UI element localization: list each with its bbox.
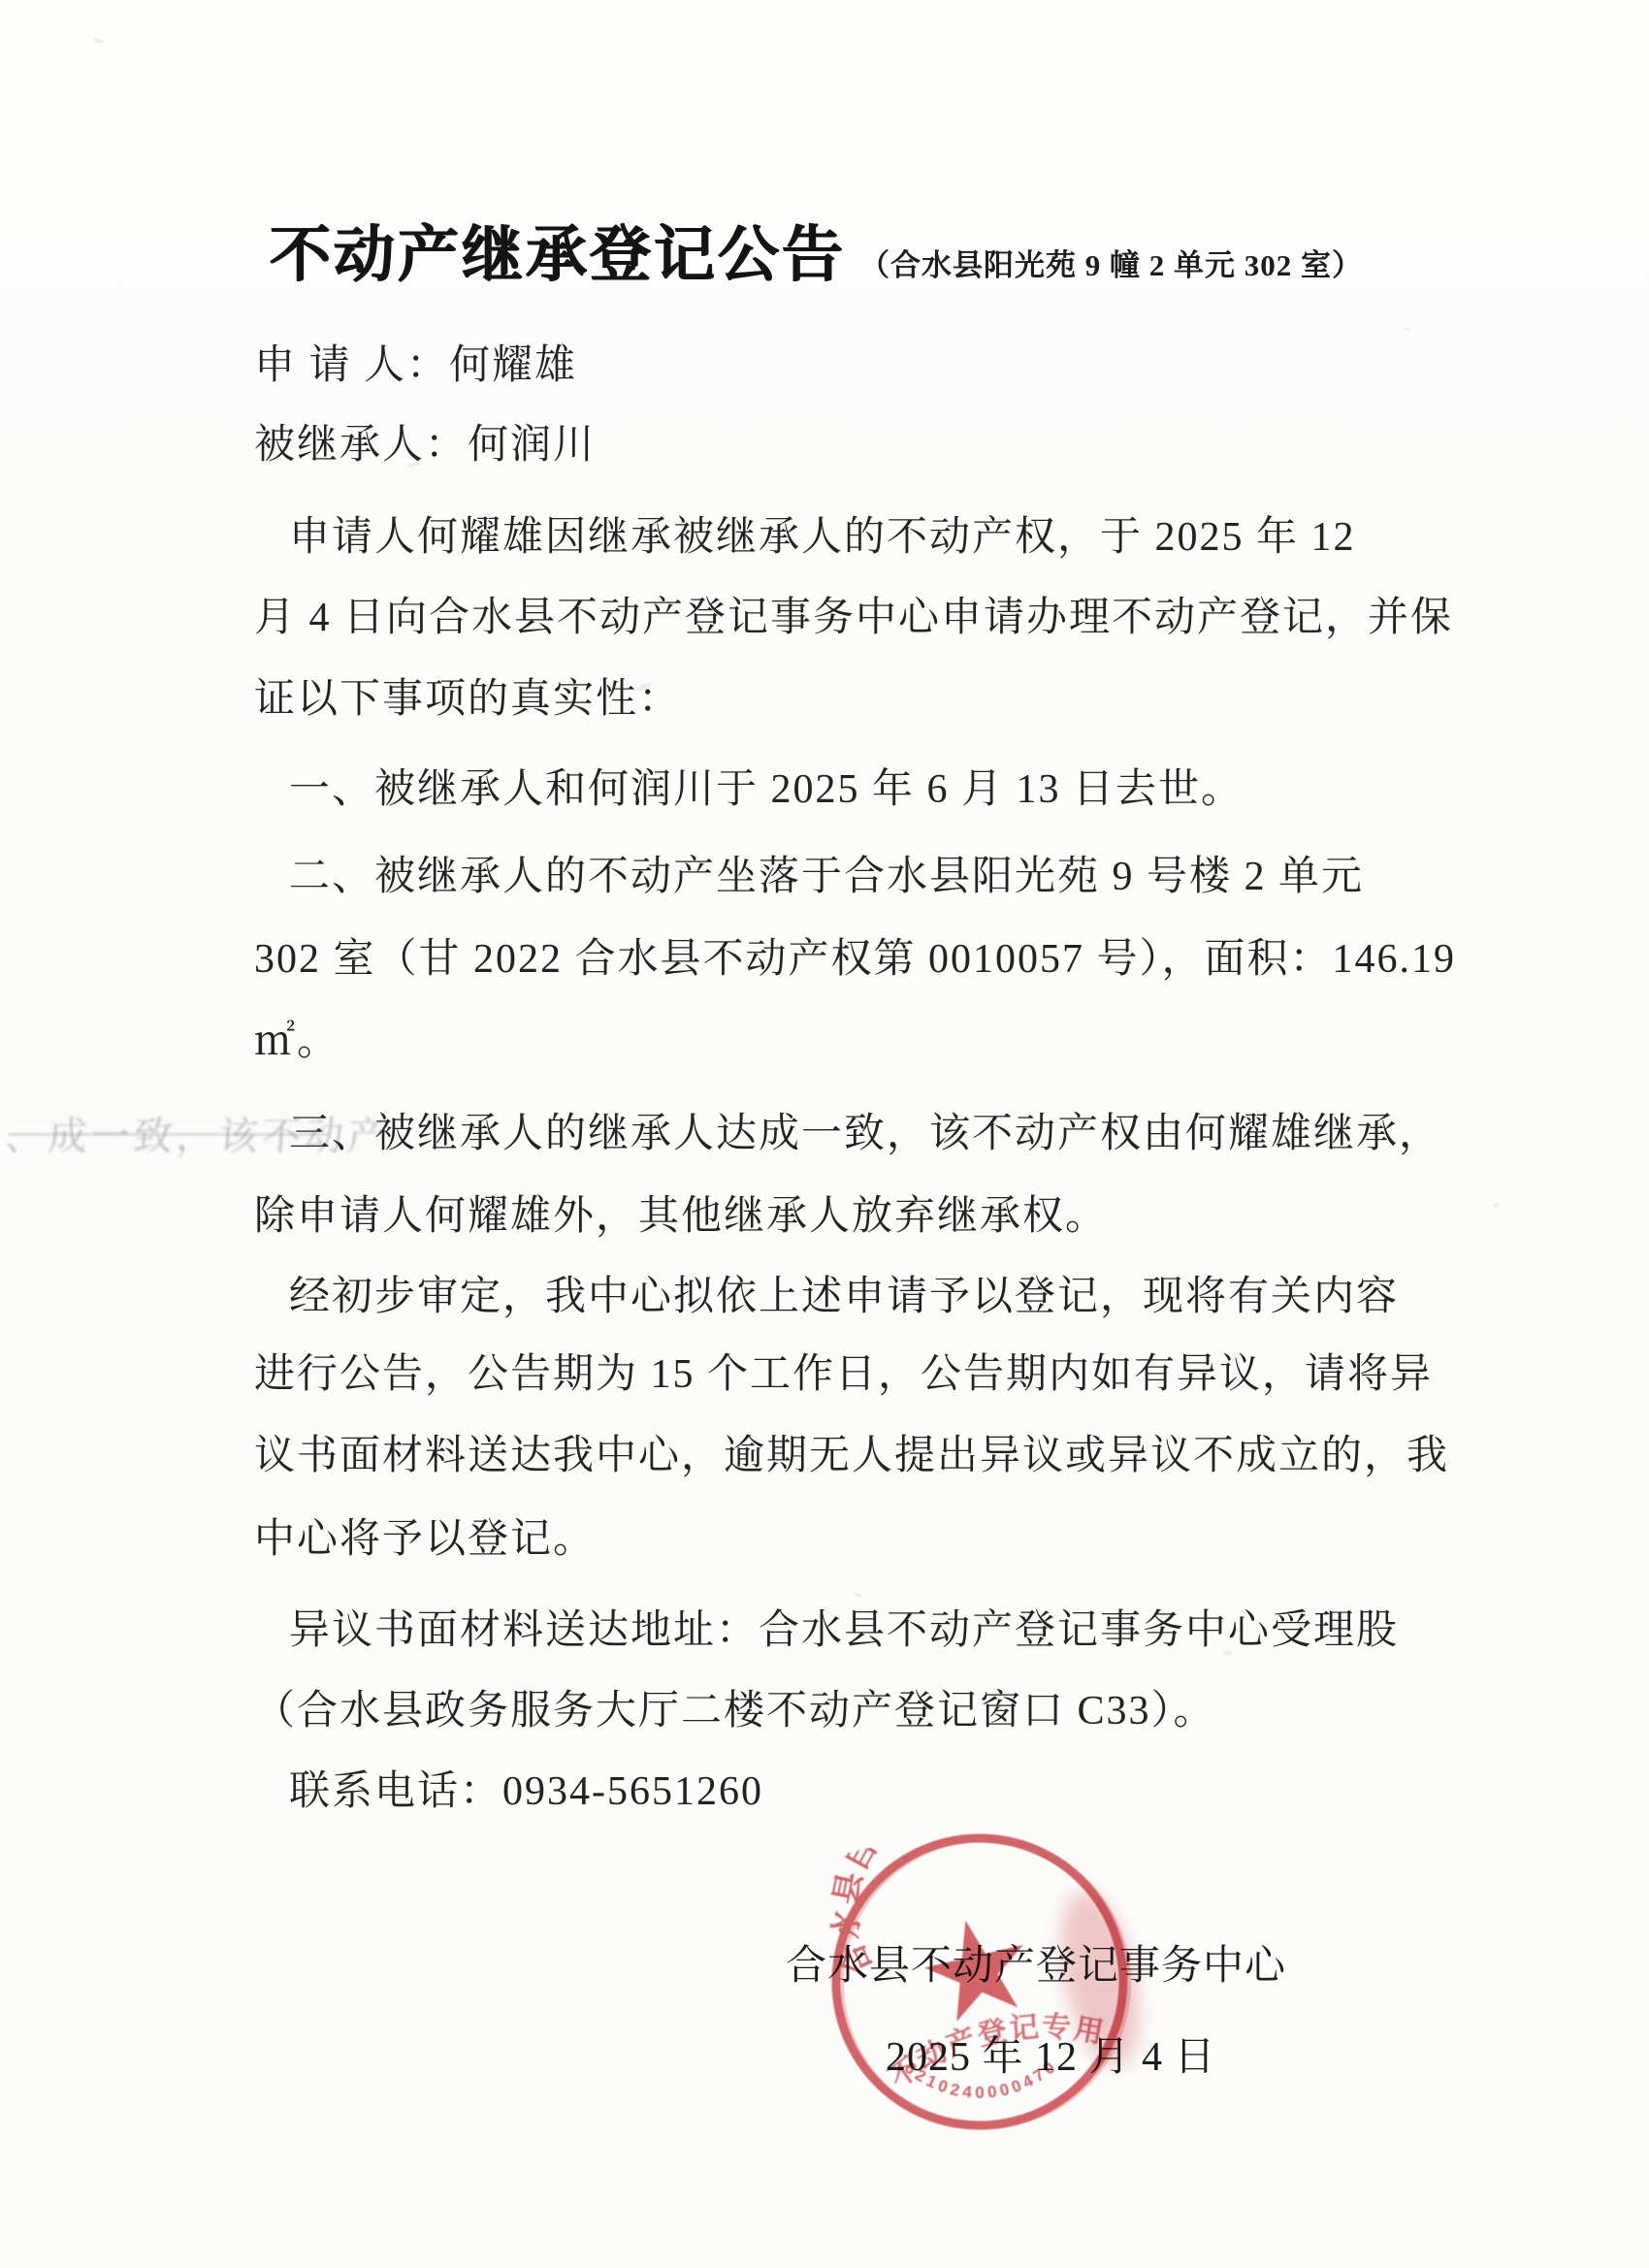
line-item-3: 除申请人何耀雄外，其他继承人放弃继承权。 <box>254 1193 1108 1240</box>
line-item-1: 一、被继承人和何润川于 2025 年 6 月 13 日去世。 <box>289 766 1244 813</box>
line-item-2: 302 室（甘 2022 合水县不动产权第 0010057 号），面积：146.… <box>254 936 1456 983</box>
document-title-note: （合水县阳光苑 9 幢 2 单元 302 室） <box>859 250 1363 286</box>
scan-speck <box>1224 1651 1232 1655</box>
scan-speck <box>93 38 105 45</box>
line-body: 经初步审定，我中心拟依上述申请予以登记，现将有关内容 <box>289 1274 1399 1320</box>
line-applicant: 申 请 人：何耀雄 <box>254 342 577 389</box>
line-body: 中心将予以登记。 <box>254 1516 596 1563</box>
line-body: 月 4 日向合水县不动产登记事务中心申请办理不动产登记，并保 <box>254 595 1453 641</box>
line-body: 进行公告，公告期为 15 个工作日，公告期内如有异议，请将异 <box>254 1351 1433 1398</box>
line-objection-address: （合水县政务服务大厅二楼不动产登记窗口 C33）。 <box>254 1688 1216 1734</box>
scan-ghost-line <box>8 1133 328 1136</box>
line-body: 申请人何耀雄因继承被继承人的不动产权，于 2025 年 12 <box>289 514 1356 561</box>
seal-star-icon <box>916 1909 1036 2025</box>
line-decedent: 被继承人：何润川 <box>254 422 596 469</box>
line-body: 证以下事项的真实性： <box>254 676 681 723</box>
document-title: 不动产继承登记公告 <box>270 225 846 286</box>
document-title-row: 不动产继承登记公告 （合水县阳光苑 9 幢 2 单元 302 室） <box>270 225 1363 286</box>
line-item-2: ㎡。 <box>254 1019 339 1065</box>
line-body: 议书面材料送达我中心，逾期无人提出异议或异议不成立的，我 <box>254 1433 1449 1479</box>
scan-speck <box>854 1591 863 1599</box>
line-contact-phone: 联系电话：0934-5651260 <box>289 1768 763 1815</box>
scanned-notice-page: 不动产继承登记公告 （合水县阳光苑 9 幢 2 单元 302 室） 申 请 人：… <box>0 0 1649 2268</box>
line-item-2: 二、被继承人的不动产坐落于合水县阳光苑 9 号楼 2 单元 <box>289 854 1364 900</box>
official-seal: 合水县自然资源局 不动产登记专用章 6210240000470 <box>793 1796 1166 2168</box>
scan-speck <box>1494 1203 1499 1208</box>
scan-speck <box>627 221 632 224</box>
scan-speck <box>1404 328 1409 331</box>
line-item-3: 三、被继承人的继承人达成一致，该不动产权由何耀雄继承， <box>289 1111 1441 1157</box>
line-objection-address: 异议书面材料送达地址：合水县不动产登记事务中心受理股 <box>289 1607 1399 1654</box>
